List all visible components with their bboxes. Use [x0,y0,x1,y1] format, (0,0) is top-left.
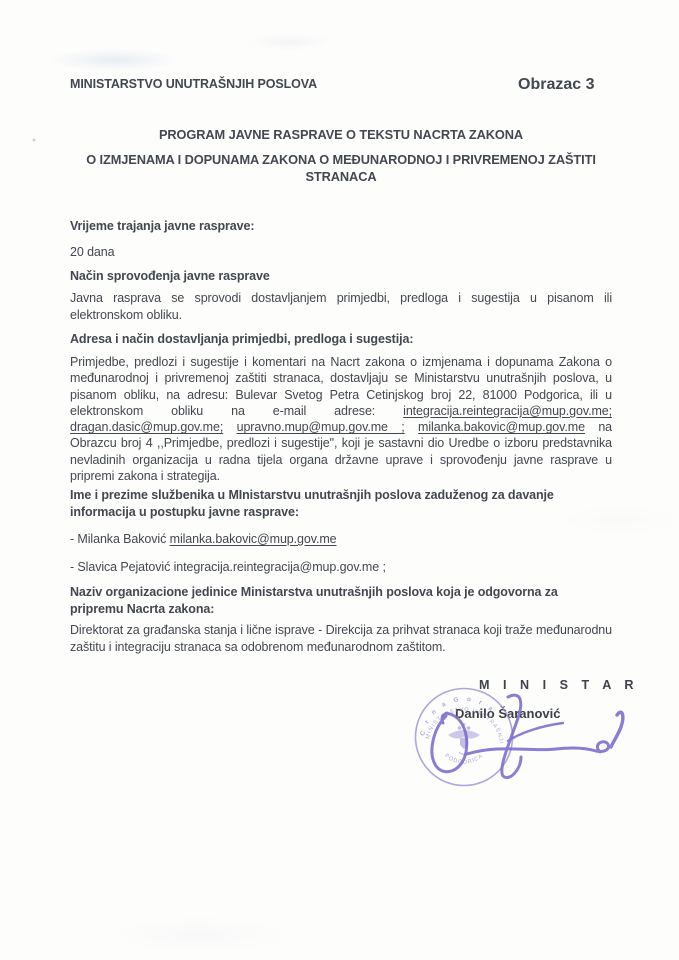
officer-line-2: - Slavica Pejatović integracija.reintegr… [70,559,612,576]
duration-value: 20 dana [70,244,612,261]
method-paragraph: Javna rasprava se sprovodi dostavljanjem… [70,290,612,324]
section-heading-duration: Vrijeme trajanja javne rasprave: [70,218,612,235]
document-title-line3: STRANACA [70,168,612,185]
email-link-3: upravno.mup@mup.gov.me ; [237,420,405,434]
signature-stroke-flick [611,712,623,747]
officer-line-1: - Milanka Baković milanka.bakovic@mup.go… [70,531,612,548]
ministry-name: MINISTARSTVO UNUTRAŠNJIH POSLOVA [70,77,317,91]
officer-2-email: integracija.reintegracija@mup.gov.me ; [174,560,386,574]
address-paragraph: Primjedbe, predlozi i sugestije i koment… [70,354,612,484]
signature-stroke-cross [508,723,563,741]
email-link-1: integracija.reintegracija@mup.gov.me; [403,404,612,418]
section-heading-officials: Ime i prezime službenika u MInistarstvu … [70,487,612,521]
scanned-document-page: MINISTARSTVO UNUTRAŠNJIH POSLOVA Obrazac… [0,0,679,960]
section-heading-unit: Naziv organizacione jedinice Ministarstv… [70,584,612,618]
section-heading-address: Adresa i način dostavljanja primjedbi, p… [70,331,612,348]
document-title-line2: O IZMJENAMA I DOPUNAMA ZAKONA O MEĐUNARO… [70,151,612,168]
officer-2-name: - Slavica Pejatović [70,560,170,574]
ministry-stamp: C r n a G o r a MINISTARSTVO UNUTRAŠNJIH… [412,685,516,789]
stamp-coat-of-arms-icon [448,723,480,754]
email-link-2: dragan.dasic@mup.gov.me; [70,420,223,434]
officer-1-name: - Milanka Baković [70,532,166,546]
unit-paragraph: Direktorat za građanska stanja i lične i… [70,622,612,656]
document-title-line1: PROGRAM JAVNE RASPRAVE O TEKSTU NACRTA Z… [70,126,612,143]
email-link-4: milanka.bakovic@mup.gov.me [418,420,585,434]
officer-1-email: milanka.bakovic@mup.gov.me [170,532,337,546]
form-label: Obrazac 3 [518,76,594,94]
section-heading-method: Način sprovođenja javne rasprave [70,268,612,285]
